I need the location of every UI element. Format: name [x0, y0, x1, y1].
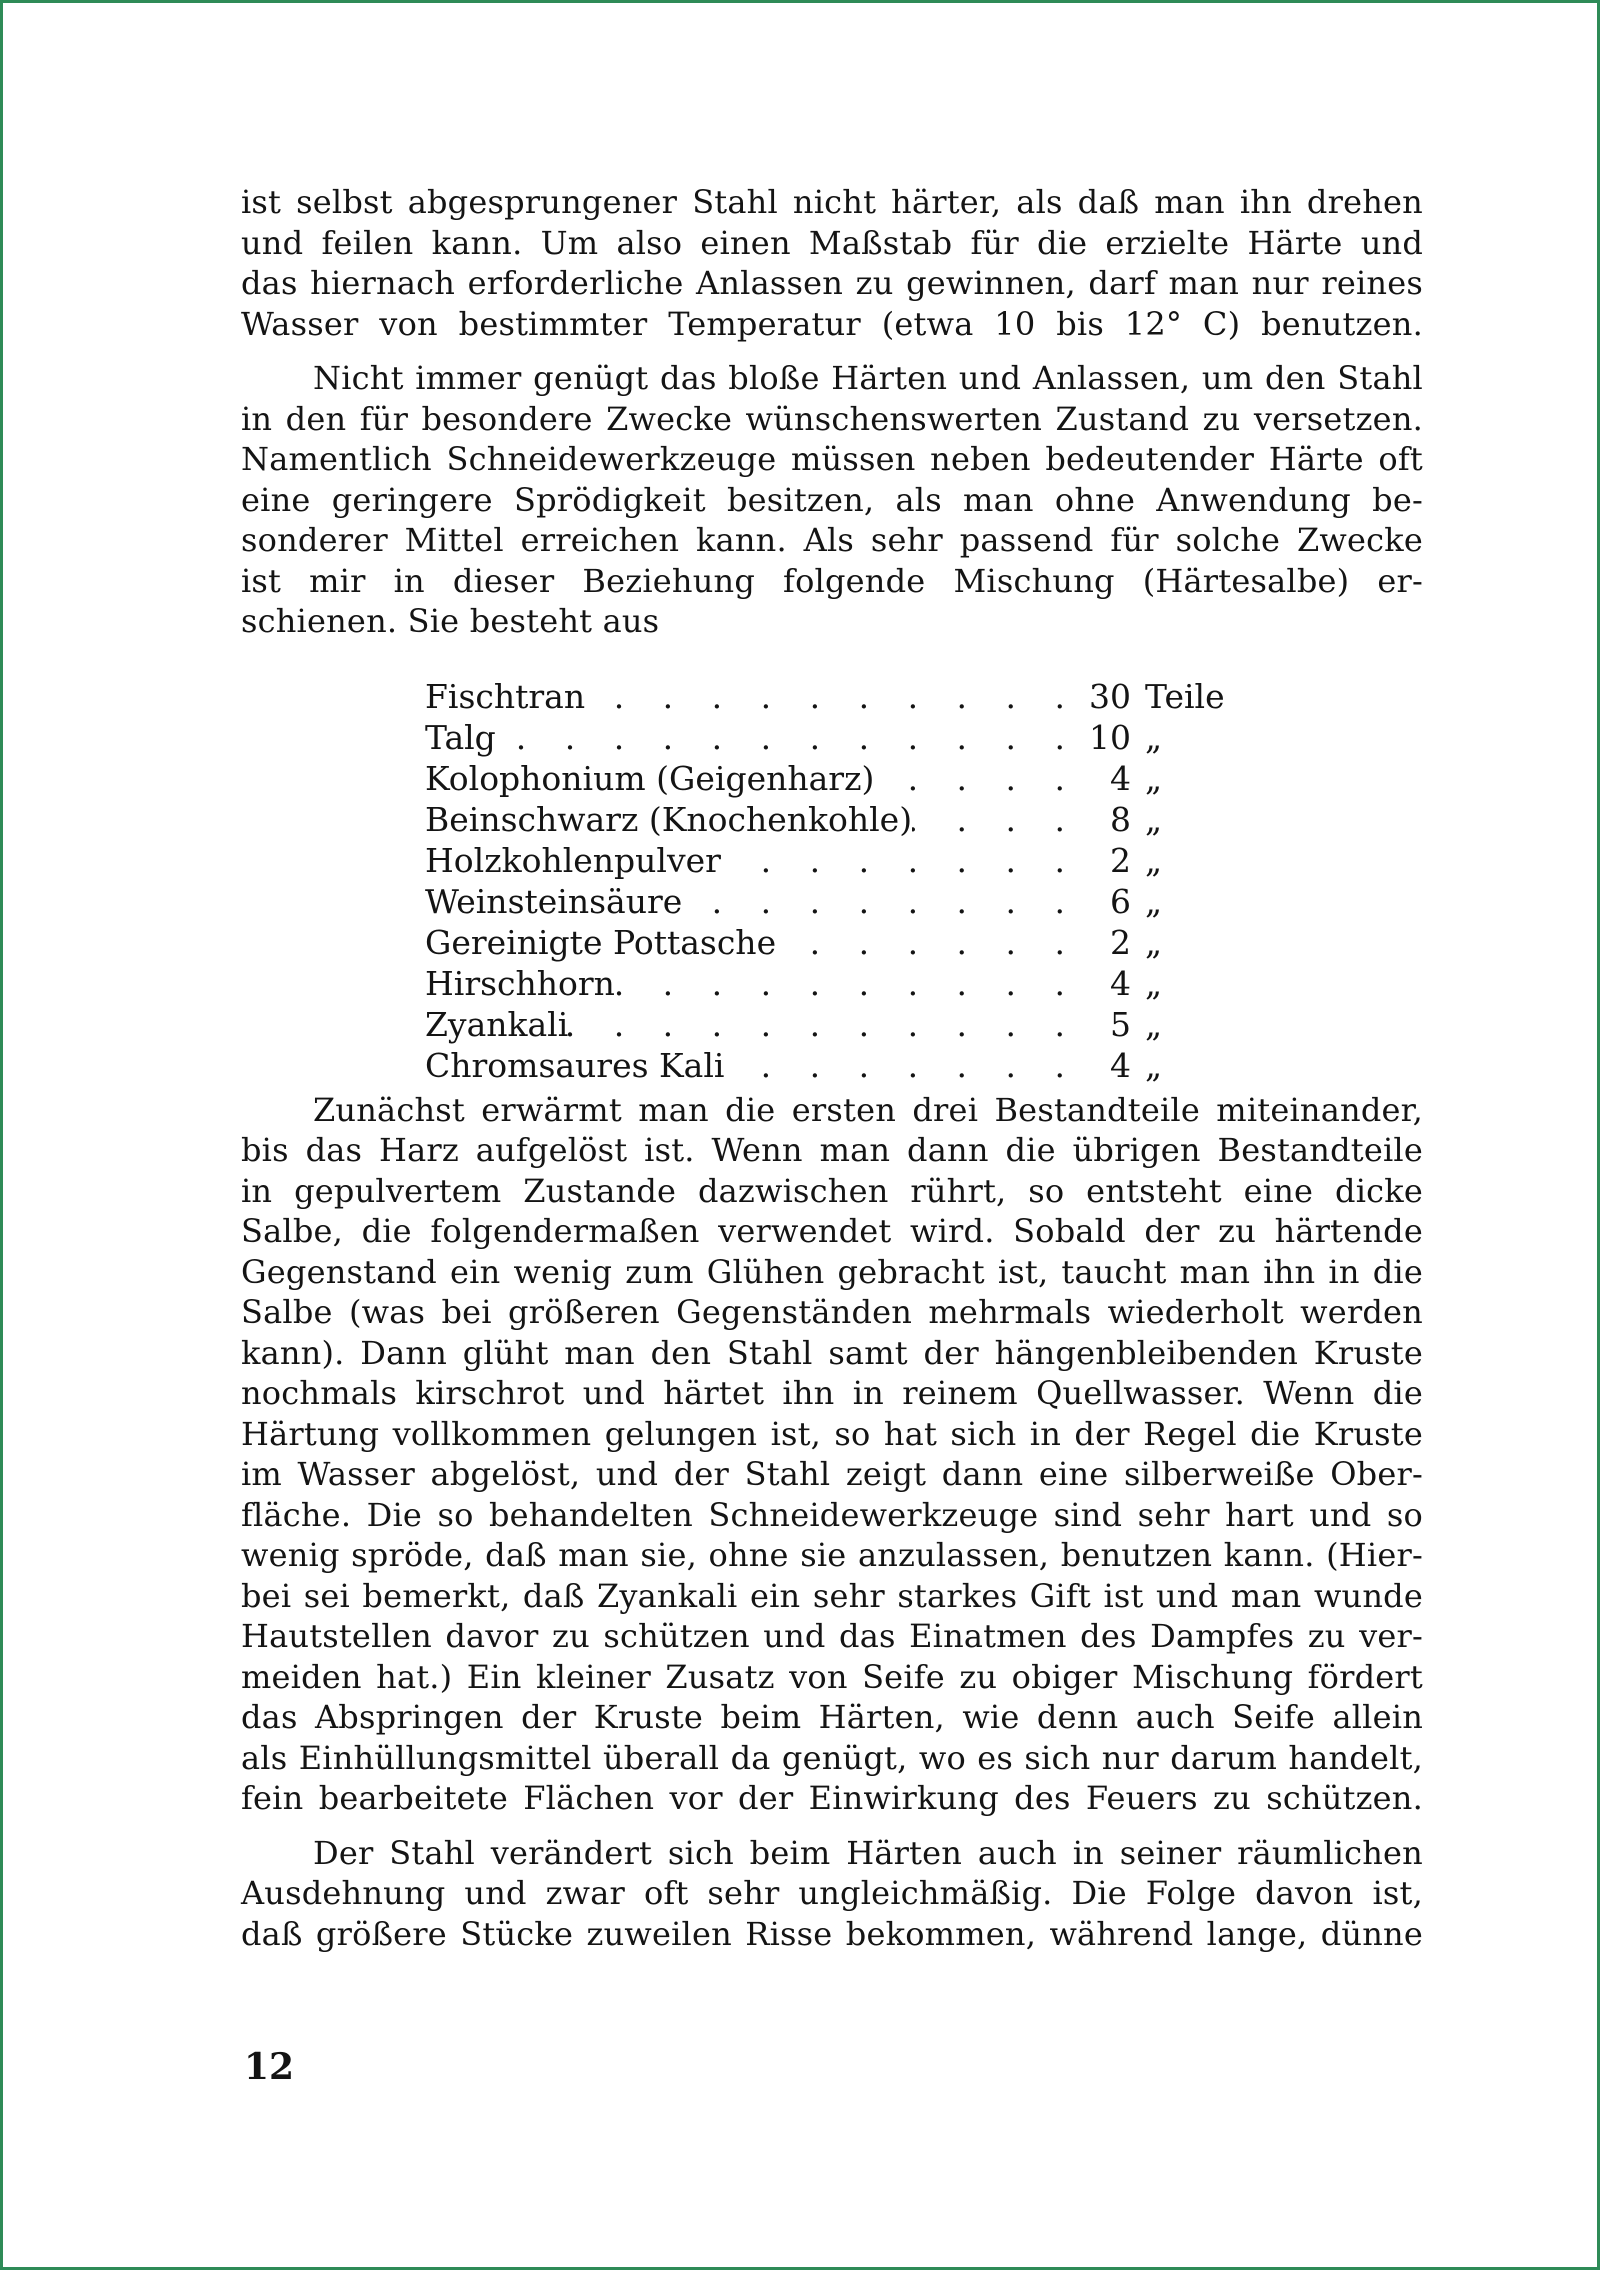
dot-leader: . . . . . . . . . . . . . . . . . . . . …	[776, 922, 1079, 963]
ingredient-quantity: 4	[1079, 1045, 1131, 1086]
ingredient-unit: „	[1131, 758, 1245, 799]
ingredient-name: Zyankali	[425, 1004, 568, 1045]
text-line: meiden hat.) Ein kleiner Zusatz von Seif…	[241, 1657, 1423, 1698]
ingredient-unit: „	[1131, 1004, 1245, 1045]
ingredient-name: Holzkohlenpulver	[425, 840, 721, 881]
ingredient-unit: „	[1131, 840, 1245, 881]
ingredient-name: Kolophonium (Geigenharz)	[425, 758, 874, 799]
text-line: Nicht immer genügt das bloße Härten und …	[241, 358, 1423, 399]
recipe-row: Zyankali . . . . . . . . . . . . . . . .…	[425, 1004, 1245, 1045]
text-line: daß größere Stücke zuweilen Risse bekomm…	[241, 1914, 1423, 1955]
text-line: in gepulvertem Zustande dazwischen rührt…	[241, 1171, 1423, 1212]
text-line: Ausdehnung und zwar oft sehr ungleichmäß…	[241, 1873, 1423, 1914]
recipe-row: Gereinigte Pottasche . . . . . . . . . .…	[425, 922, 1245, 963]
text-line: das hiernach erforderliche Anlassen zu g…	[241, 263, 1423, 304]
ingredient-unit: „	[1131, 881, 1245, 922]
ingredient-quantity: 2	[1079, 840, 1131, 881]
dot-leader: . . . . . . . . . . . . . . . . . . . . …	[615, 963, 1079, 1004]
dot-leader: . . . . . . . . . . . . . . . . . . . . …	[721, 840, 1079, 881]
dot-leader: . . . . . . . . . . . . . . . . . . . . …	[496, 717, 1079, 758]
text-line: nochmals kirschrot und härtet ihn in rei…	[241, 1373, 1423, 1414]
ingredient-quantity: 30	[1079, 676, 1131, 717]
recipe-row: Hirschhorn . . . . . . . . . . . . . . .…	[425, 963, 1245, 1004]
text-line: Salbe (was bei größeren Gegenständen meh…	[241, 1292, 1423, 1333]
text-line: ist selbst abgesprungener Stahl nicht hä…	[241, 182, 1423, 223]
text-line: kann). Dann glüht man den Stahl samt der…	[241, 1333, 1423, 1374]
dot-leader: . . . . . . . . . . . . . . . . . . . . …	[682, 881, 1079, 922]
text-line: schienen. Sie besteht aus	[241, 601, 1423, 642]
recipe-row: Talg . . . . . . . . . . . . . . . . . .…	[425, 717, 1245, 758]
text-line: bis das Harz aufgelöst ist. Wenn man dan…	[241, 1130, 1423, 1171]
ingredient-quantity: 4	[1079, 963, 1131, 1004]
text-line: fein bearbeitete Flächen vor der Einwirk…	[241, 1778, 1423, 1819]
text-line: ist mir in dieser Beziehung folgende Mis…	[241, 561, 1423, 602]
paragraph-1: ist selbst abgesprungener Stahl nicht hä…	[241, 182, 1423, 344]
ingredient-quantity: 6	[1079, 881, 1131, 922]
ingredient-quantity: 2	[1079, 922, 1131, 963]
paragraph-4: Der Stahl verändert sich beim Härten auc…	[241, 1833, 1423, 1955]
recipe-row: Kolophonium (Geigenharz) . . . . . . . .…	[425, 758, 1245, 799]
recipe-row: Weinsteinsäure . . . . . . . . . . . . .…	[425, 881, 1245, 922]
ingredient-quantity: 10	[1079, 717, 1131, 758]
text-line: Salbe, die folgendermaßen verwendet wird…	[241, 1211, 1423, 1252]
text-line: fläche. Die so behandelten Schneidewerkz…	[241, 1495, 1423, 1536]
ingredient-name: Beinschwarz (Knochenkohle)	[425, 799, 912, 840]
text-line: Der Stahl verändert sich beim Härten auc…	[241, 1833, 1423, 1874]
recipe-row: Chromsaures Kali . . . . . . . . . . . .…	[425, 1045, 1245, 1086]
dot-leader: . . . . . . . . . . . . . . . . . . . . …	[912, 799, 1079, 840]
text-line: Wasser von bestimmter Temperatur (etwa 1…	[241, 304, 1423, 345]
recipe-row: Beinschwarz (Knochenkohle) . . . . . . .…	[425, 799, 1245, 840]
ingredient-name: Weinsteinsäure	[425, 881, 682, 922]
text-line: als Einhüllungsmittel überall da genügt,…	[241, 1738, 1423, 1779]
text-line: Namentlich Schneidewerkzeuge müssen nebe…	[241, 439, 1423, 480]
recipe-row: Fischtran . . . . . . . . . . . . . . . …	[425, 676, 1245, 717]
dot-leader: . . . . . . . . . . . . . . . . . . . . …	[568, 1004, 1079, 1045]
ingredient-unit: „	[1131, 717, 1245, 758]
ingredient-name: Gereinigte Pottasche	[425, 922, 776, 963]
dot-leader: . . . . . . . . . . . . . . . . . . . . …	[585, 676, 1079, 717]
text-line: sonderer Mittel erreichen kann. Als sehr…	[241, 520, 1423, 561]
ingredient-name: Hirschhorn	[425, 963, 615, 1004]
text-line: eine geringere Sprödigkeit besitzen, als…	[241, 480, 1423, 521]
ingredient-unit: „	[1131, 922, 1245, 963]
text-line: Härtung vollkommen gelungen ist, so hat …	[241, 1414, 1423, 1455]
page-number: 12	[244, 2046, 294, 2088]
dot-leader: . . . . . . . . . . . . . . . . . . . . …	[874, 758, 1079, 799]
text-line: in den für besondere Zwecke wünschenswer…	[241, 399, 1423, 440]
ingredient-quantity: 8	[1079, 799, 1131, 840]
recipe-row: Holzkohlenpulver . . . . . . . . . . . .…	[425, 840, 1245, 881]
ingredient-name: Talg	[425, 717, 496, 758]
dot-leader: . . . . . . . . . . . . . . . . . . . . …	[724, 1045, 1079, 1086]
ingredient-quantity: 5	[1079, 1004, 1131, 1045]
text-line: Hautstellen davor zu schützen und das Ei…	[241, 1616, 1423, 1657]
text-line: im Wasser abgelöst, und der Stahl zeigt …	[241, 1454, 1423, 1495]
ingredient-quantity: 4	[1079, 758, 1131, 799]
text-line: bei sei bemerkt, daß Zyankali ein sehr s…	[241, 1576, 1423, 1617]
text-line: Gegenstand ein wenig zum Glühen gebracht…	[241, 1252, 1423, 1293]
text-line: das Abspringen der Kruste beim Härten, w…	[241, 1697, 1423, 1738]
ingredient-unit: Teile	[1131, 676, 1245, 717]
ingredient-unit: „	[1131, 799, 1245, 840]
ingredient-name: Chromsaures Kali	[425, 1045, 724, 1086]
ingredient-unit: „	[1131, 963, 1245, 1004]
paragraph-2: Nicht immer genügt das bloße Härten und …	[241, 358, 1423, 642]
text-line: Zunächst erwärmt man die ersten drei Bes…	[241, 1090, 1423, 1131]
ingredient-unit: „	[1131, 1045, 1245, 1086]
text-line: und feilen kann. Um also einen Maßstab f…	[241, 223, 1423, 264]
text-line: wenig spröde, daß man sie, ohne sie anzu…	[241, 1535, 1423, 1576]
recipe-table: Fischtran . . . . . . . . . . . . . . . …	[425, 676, 1245, 1086]
paragraph-3: Zunächst erwärmt man die ersten drei Bes…	[241, 1090, 1423, 1819]
ingredient-name: Fischtran	[425, 676, 585, 717]
